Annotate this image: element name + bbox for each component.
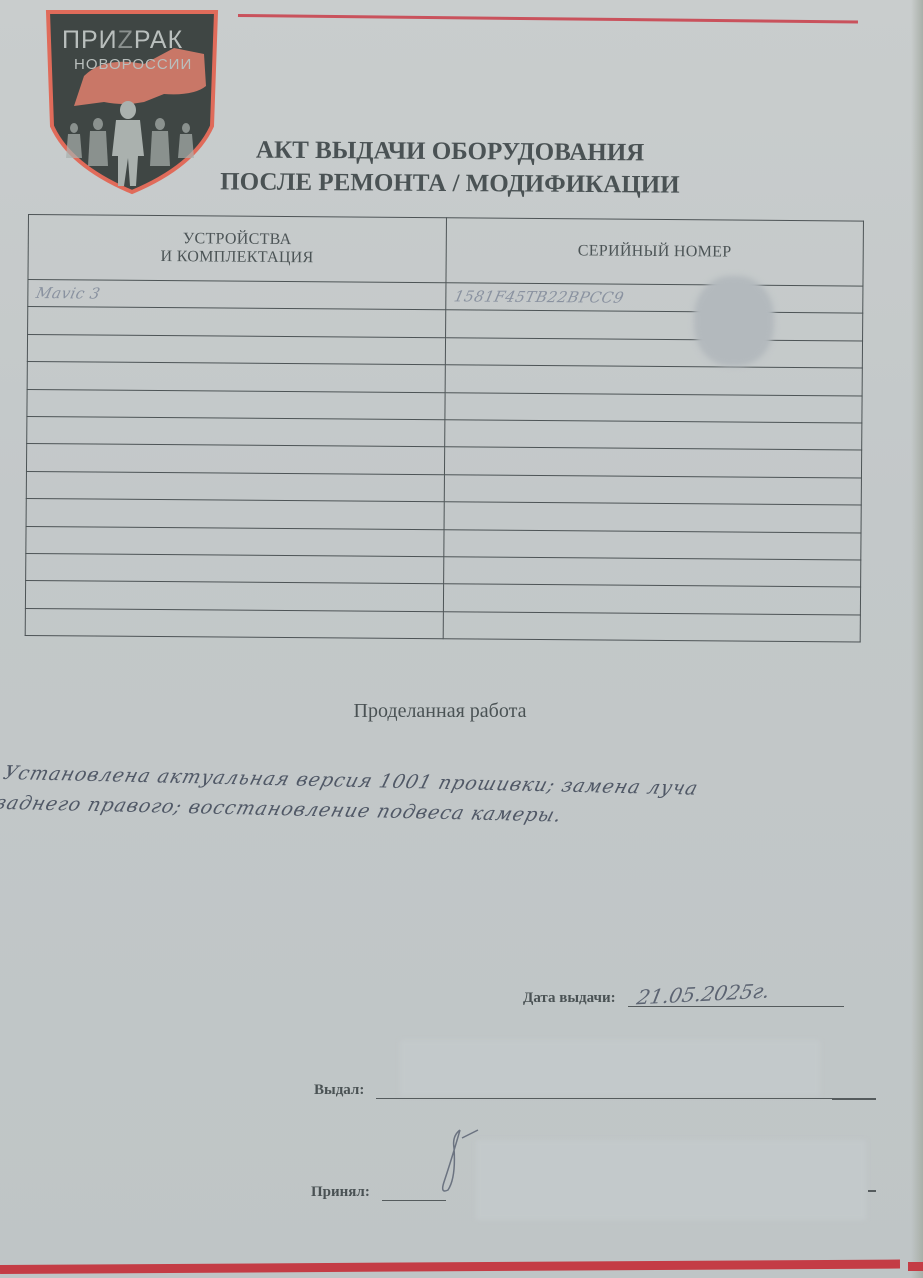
- received-by-field[interactable]: [382, 1178, 446, 1201]
- table-cell-device[interactable]: [26, 444, 444, 475]
- table-cell-device[interactable]: [25, 608, 443, 639]
- received-by-label: Принял:: [311, 1184, 370, 1201]
- table-cell-device[interactable]: [27, 389, 445, 420]
- table-cell-device[interactable]: [25, 581, 443, 612]
- table-cell-serial[interactable]: [444, 502, 861, 533]
- table-cell-serial[interactable]: [444, 475, 861, 506]
- logo-text: ПРИZРАК НОВОРОССИИ: [62, 28, 212, 72]
- table-cell-device[interactable]: Mavic 3: [28, 280, 446, 311]
- column-header-serial: СЕРИЙНЫЙ НОМЕР: [446, 218, 864, 286]
- table-cell-device[interactable]: [28, 307, 446, 338]
- table-cell-device[interactable]: [26, 499, 444, 530]
- redaction-blur: [694, 276, 774, 366]
- table-cell-serial[interactable]: [443, 557, 860, 588]
- issue-date-field[interactable]: 21.05.2025г.: [628, 984, 844, 1007]
- table-row: [25, 608, 860, 642]
- top-accent-line: [238, 14, 858, 23]
- issue-date-row: Дата выдачи: 21.05.2025г.: [523, 984, 844, 1007]
- received-by-row: Принял:: [311, 1178, 446, 1201]
- issued-by-field[interactable]: [376, 1076, 860, 1099]
- table-cell-serial[interactable]: [445, 338, 862, 369]
- table-cell-device[interactable]: [27, 416, 445, 447]
- logo-text-line1-suffix: РАК: [134, 26, 183, 54]
- column-header-device: УСТРОЙСТВА И КОМПЛЕКТАЦИЯ: [28, 215, 446, 283]
- issue-date-value: 21.05.2025г.: [635, 979, 772, 1010]
- paper-edge-shadow: [911, 0, 923, 1278]
- table-cell-serial[interactable]: [445, 310, 862, 341]
- table-cell-device[interactable]: [26, 471, 444, 502]
- table-cell-device[interactable]: [27, 334, 445, 365]
- issue-date-label: Дата выдачи:: [523, 990, 616, 1007]
- table-cell-device[interactable]: [27, 362, 445, 393]
- issued-by-row: Выдал:: [314, 1076, 860, 1099]
- table-cell-serial[interactable]: [444, 529, 861, 560]
- logo-text-line2: НОВОРОССИИ: [74, 57, 212, 72]
- issued-by-label: Выдал:: [314, 1082, 364, 1099]
- work-done-handwritten: Установлена актуальная версия 1001 проши…: [0, 758, 828, 836]
- work-done-heading: Проделанная работа: [0, 700, 880, 723]
- device-value: Mavic 3: [34, 284, 102, 302]
- table-cell-serial[interactable]: [443, 584, 860, 615]
- table-cell-serial[interactable]: 1581F45TB22BPCC9: [446, 283, 863, 314]
- table-cell-serial[interactable]: [443, 611, 860, 642]
- table-cell-device[interactable]: [26, 526, 444, 557]
- table-cell-serial[interactable]: [444, 447, 861, 478]
- bottom-accent-line: [0, 1260, 900, 1274]
- table-cell-serial[interactable]: [445, 392, 862, 423]
- document-title: АКТ ВЫДАЧИ ОБОРУДОВАНИЯ ПОСЛЕ РЕМОНТА / …: [190, 134, 710, 202]
- logo-z-letter: Z: [118, 26, 134, 54]
- logo-text-line1: ПРИ: [62, 26, 118, 54]
- table-cell-serial[interactable]: [445, 365, 862, 396]
- serial-value: 1581F45TB22BPCC9: [452, 287, 625, 306]
- header-device-line2: И КОМПЛЕКТАЦИЯ: [37, 247, 438, 268]
- table-cell-device[interactable]: [26, 553, 444, 584]
- redaction-received: [476, 1140, 866, 1220]
- bottom-accent-square: [908, 1262, 923, 1271]
- issued-line-tail: [832, 1098, 876, 1100]
- title-line-1: АКТ ВЫДАЧИ ОБОРУДОВАНИЯ: [190, 134, 710, 170]
- title-line-2: ПОСЛЕ РЕМОНТА / МОДИФИКАЦИИ: [190, 166, 710, 202]
- table-cell-serial[interactable]: [444, 420, 861, 451]
- received-line-end: [868, 1190, 876, 1192]
